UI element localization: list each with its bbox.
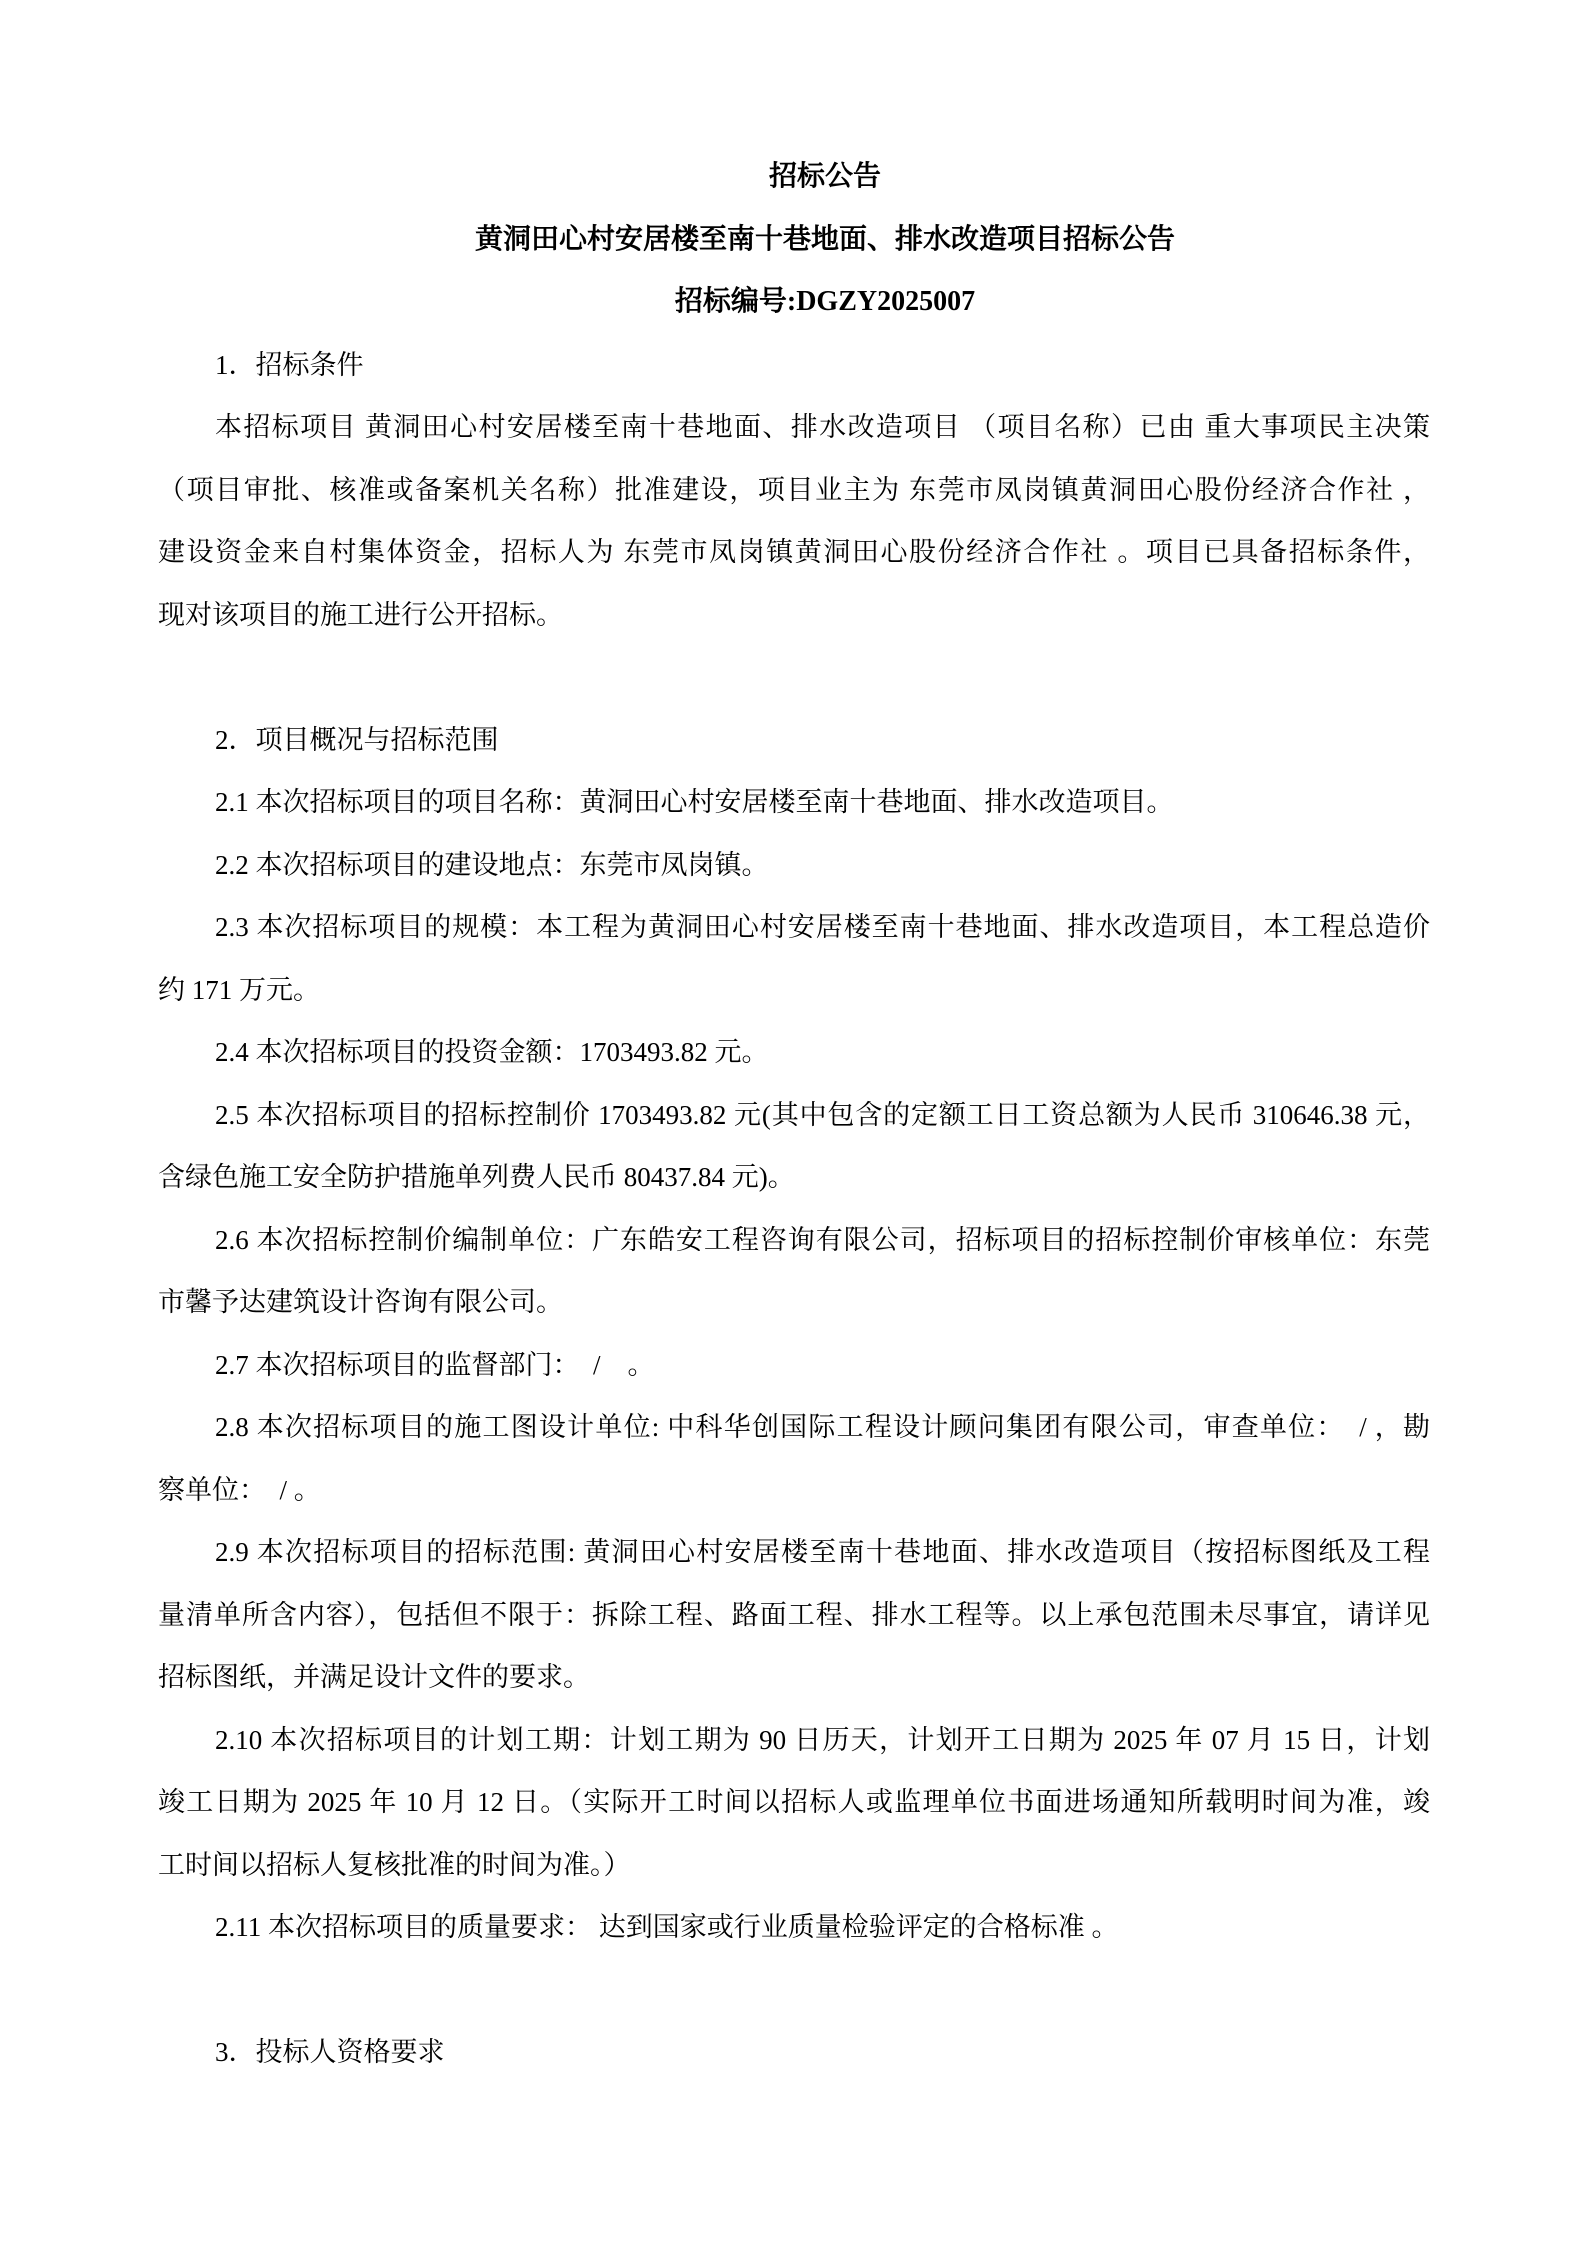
doc-line: 2.4 本次招标项目的投资金额：1703493.82 元。 — [158, 1021, 1430, 1084]
tender-number: 招标编号:DGZY2025007 — [158, 271, 1430, 334]
document-subtitle: 黄洞田心村安居楼至南十巷地面、排水改造项目招标公告 — [158, 209, 1430, 272]
doc-line: 本招标项目 黄洞田心村安居楼至南十巷地面、排水改造项目 （项目名称）已由 重大事… — [158, 396, 1430, 459]
doc-line: 市馨予达建筑设计咨询有限公司。 — [158, 1271, 1430, 1334]
doc-line: 2.7 本次招标项目的监督部门： / 。 — [158, 1334, 1430, 1397]
doc-line: （项目审批、核准或备案机关名称）批准建设，项目业主为 东莞市凤岗镇黄洞田心股份经… — [158, 459, 1430, 522]
section-heading-tender-conditions: 1．招标条件 — [158, 334, 1430, 397]
doc-line: 2.10 本次招标项目的计划工期：计划工期为 90 日历天，计划开工日期为 20… — [158, 1709, 1430, 1772]
doc-line: 2.9 本次招标项目的招标范围: 黄洞田心村安居楼至南十巷地面、排水改造项目（按… — [158, 1521, 1430, 1584]
doc-line: 2.3 本次招标项目的规模：本工程为黄洞田心村安居楼至南十巷地面、排水改造项目，… — [158, 896, 1430, 959]
document-content: 招标公告 黄洞田心村安居楼至南十巷地面、排水改造项目招标公告 招标编号:DGZY… — [158, 146, 1430, 2084]
doc-line: 量清单所含内容），包括但不限于：拆除工程、路面工程、排水工程等。以上承包范围未尽… — [158, 1584, 1430, 1647]
doc-line: 2.1 本次招标项目的项目名称：黄洞田心村安居楼至南十巷地面、排水改造项目。 — [158, 771, 1430, 834]
doc-line: 含绿色施工安全防护措施单列费人民币 80437.84 元)。 — [158, 1146, 1430, 1209]
doc-line: 2.11 本次招标项目的质量要求： 达到国家或行业质量检验评定的合格标准 。 — [158, 1896, 1430, 1959]
doc-line: 现对该项目的施工进行公开招标。 — [158, 584, 1430, 647]
doc-line: 工时间以招标人复核批准的时间为准。） — [158, 1834, 1430, 1897]
document-page: 招标公告 黄洞田心村安居楼至南十巷地面、排水改造项目招标公告 招标编号:DGZY… — [0, 0, 1587, 2245]
blank-line — [158, 646, 1430, 709]
doc-line: 2.6 本次招标控制价编制单位：广东皓安工程咨询有限公司，招标项目的招标控制价审… — [158, 1209, 1430, 1272]
doc-line: 约 171 万元。 — [158, 959, 1430, 1022]
section-heading-project-overview: 2．项目概况与招标范围 — [158, 709, 1430, 772]
document-title: 招标公告 — [158, 146, 1430, 209]
doc-line: 竣工日期为 2025 年 10 月 12 日。（实际开工时间以招标人或监理单位书… — [158, 1771, 1430, 1834]
doc-line: 察单位： / 。 — [158, 1459, 1430, 1522]
blank-line — [158, 1959, 1430, 2022]
doc-line: 2.8 本次招标项目的施工图设计单位: 中科华创国际工程设计顾问集团有限公司，审… — [158, 1396, 1430, 1459]
doc-line: 2.5 本次招标项目的招标控制价 1703493.82 元(其中包含的定额工日工… — [158, 1084, 1430, 1147]
doc-line: 招标图纸，并满足设计文件的要求。 — [158, 1646, 1430, 1709]
doc-line: 建设资金来自村集体资金，招标人为 东莞市凤岗镇黄洞田心股份经济合作社 。项目已具… — [158, 521, 1430, 584]
section-heading-bidder-qualifications: 3．投标人资格要求 — [158, 2021, 1430, 2084]
doc-line: 2.2 本次招标项目的建设地点：东莞市凤岗镇。 — [158, 834, 1430, 897]
